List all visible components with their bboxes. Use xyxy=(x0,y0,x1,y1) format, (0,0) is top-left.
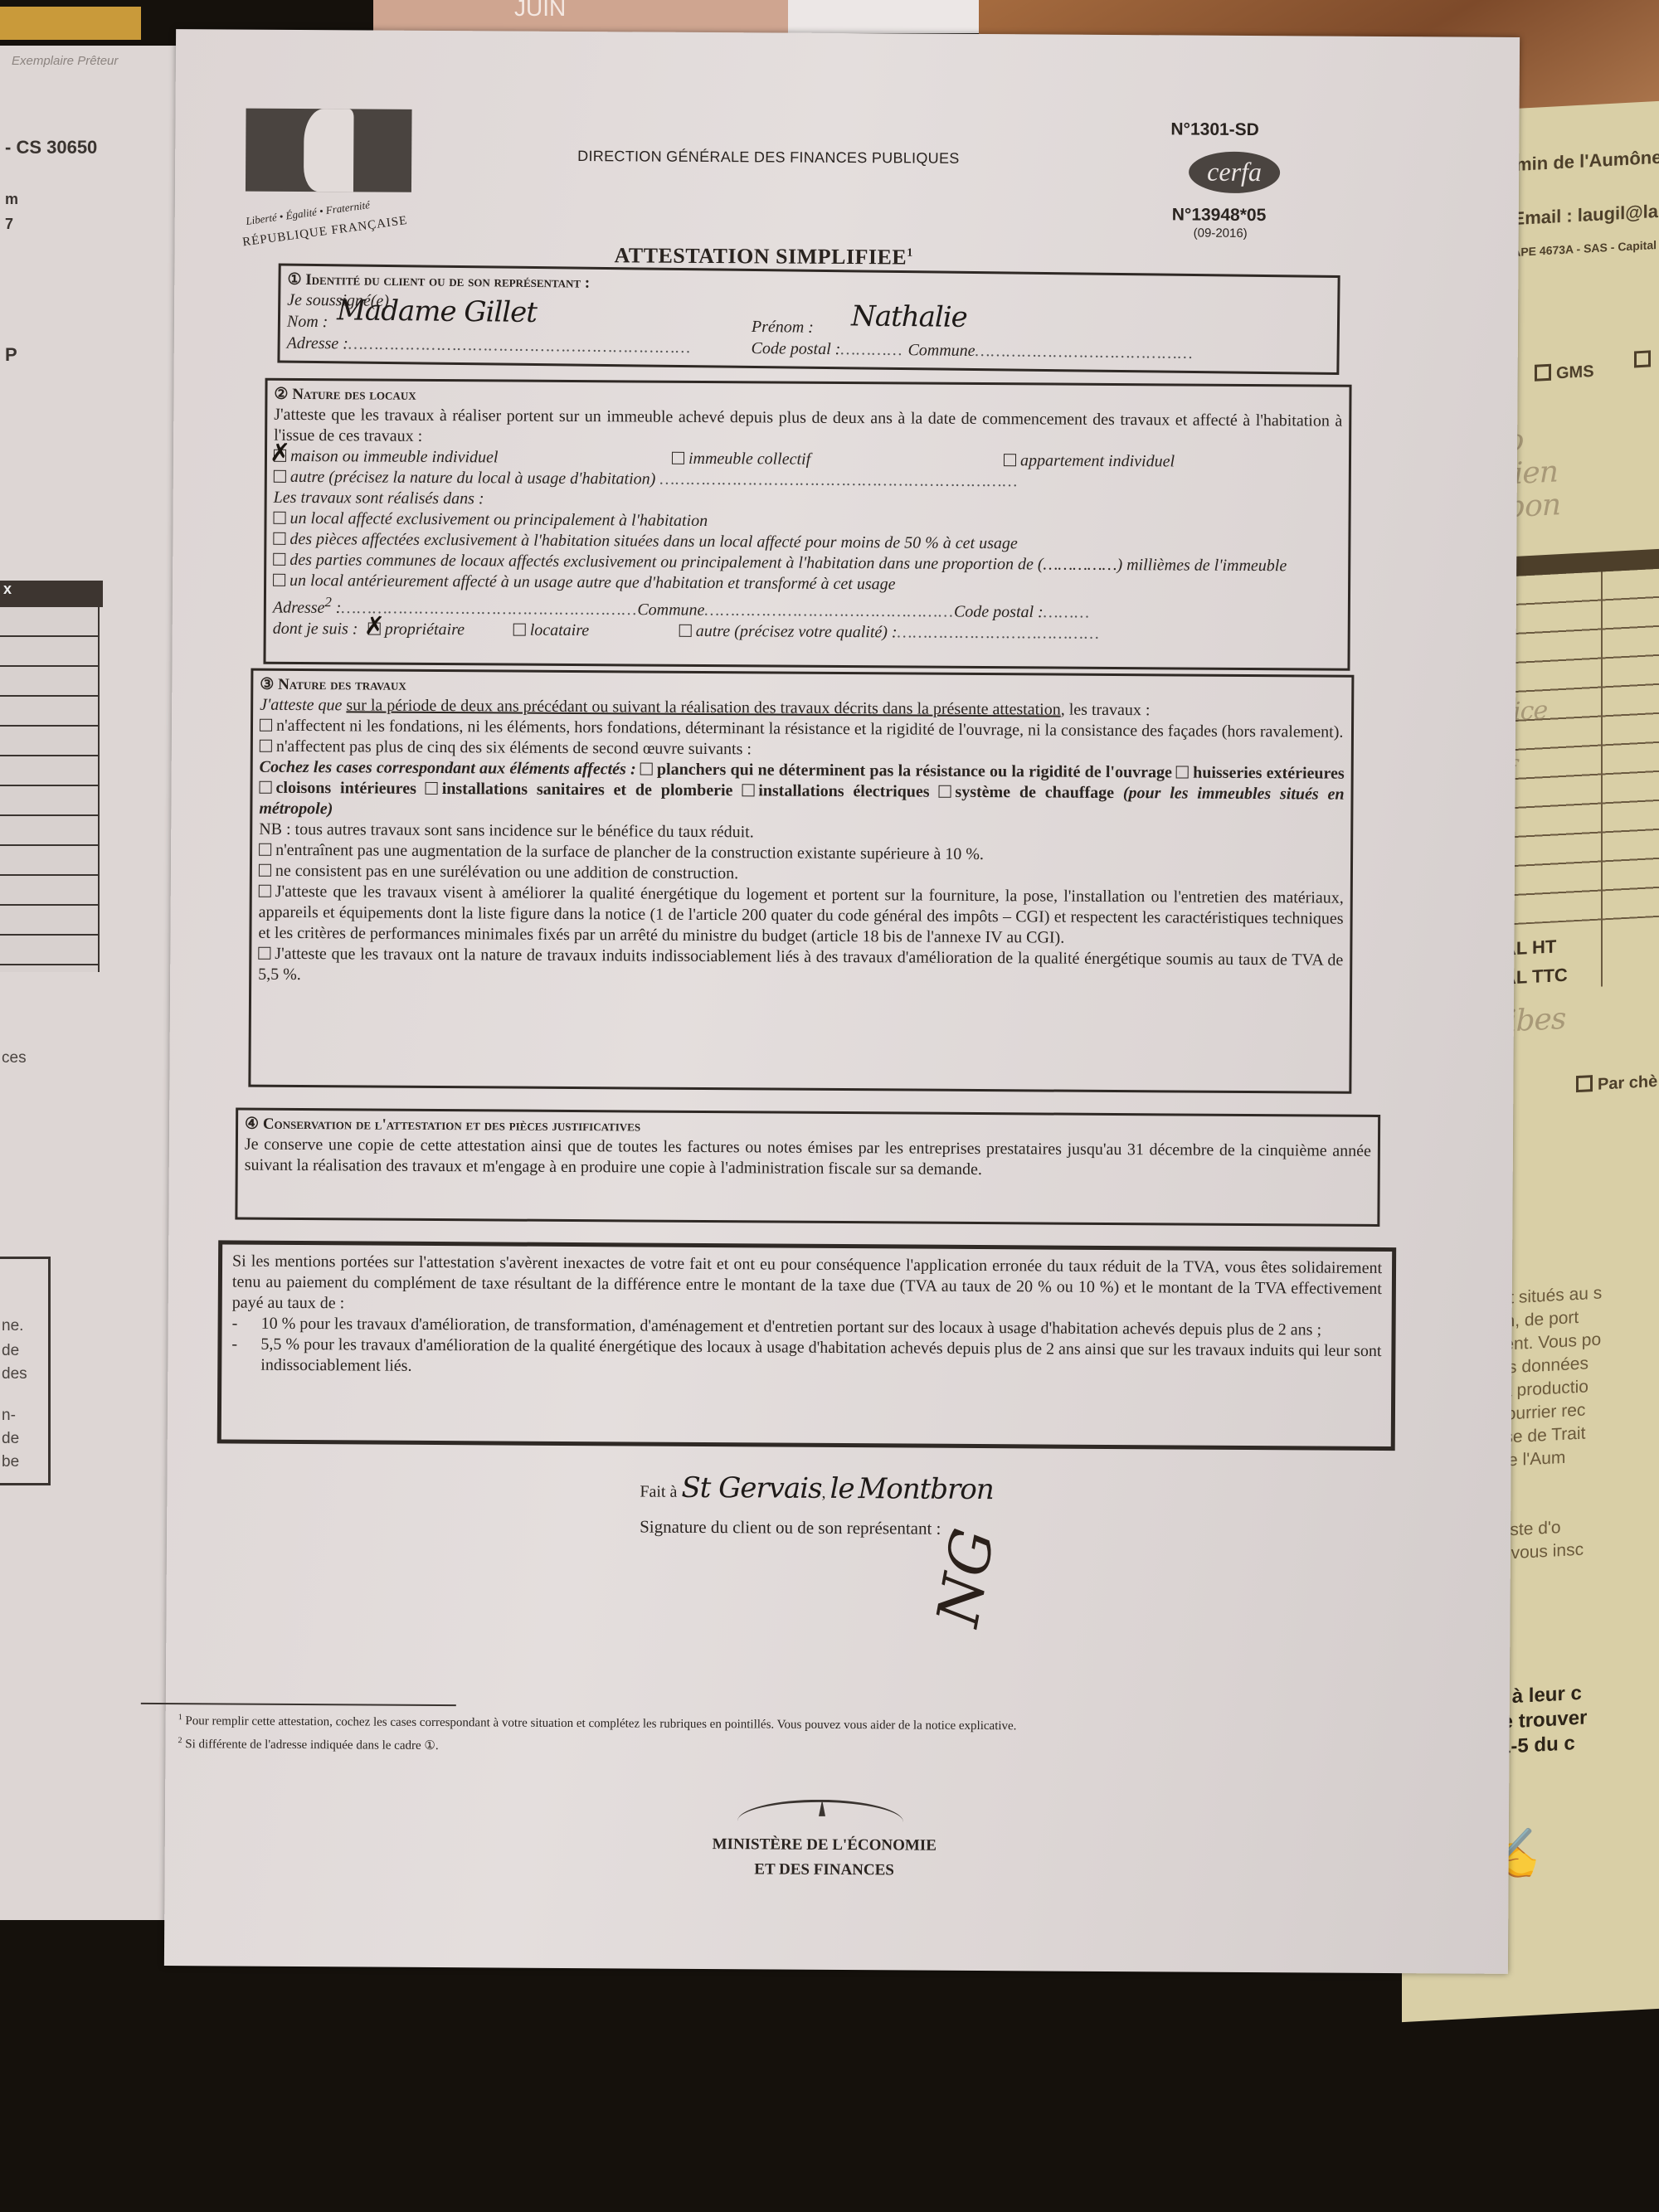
checkbox-planchers[interactable]: planchers qui ne déterminent pas la rési… xyxy=(640,761,1172,782)
checkbox-cloisons[interactable]: cloisons intérieures xyxy=(259,779,416,798)
footnote-1: 1 Pour remplir cette attestation, cochez… xyxy=(178,1713,1017,1733)
left-table-rows xyxy=(0,607,100,972)
checkbox-chauffage[interactable]: système de chauffage xyxy=(938,783,1114,802)
checkbox-sanitaires[interactable]: installations sanitaires et de plomberie xyxy=(426,780,733,800)
left-text: m xyxy=(5,191,18,208)
checkbox-appartement[interactable]: appartement individuel xyxy=(1004,450,1175,472)
background-yellow-tab xyxy=(0,7,141,40)
footnote-divider xyxy=(141,1703,456,1706)
prenom-field[interactable]: Nathalie xyxy=(851,299,967,334)
checkbox-payment-cheque[interactable]: Par chè xyxy=(1576,1072,1657,1096)
copy-label: Exemplaire Prêteur xyxy=(12,54,118,68)
checkbox-electriques[interactable]: installations électriques xyxy=(742,781,930,800)
cerfa-number: N°13948*05 xyxy=(1172,205,1267,226)
checkbox-other[interactable] xyxy=(1634,350,1656,371)
fait-a-field[interactable]: Fait à St Gervais, le Montbron xyxy=(640,1471,994,1507)
left-info-box: ne. de des n- de be xyxy=(0,1257,51,1485)
left-text: 7 xyxy=(5,216,13,233)
checkbox-huisseries[interactable]: huisseries extérieures xyxy=(1176,763,1345,782)
checkbox-locataire[interactable]: locataire xyxy=(513,620,590,641)
calendar-month: JUIN xyxy=(514,0,566,22)
cerfa-logo-icon: cerfa xyxy=(1189,152,1280,194)
section-nature-travaux: ③ Nature des travaux J'atteste que sur l… xyxy=(248,668,1354,1094)
client-signature[interactable]: NG xyxy=(923,1524,1008,1631)
checkbox-proprietaire[interactable]: propriétaire xyxy=(368,619,465,640)
signature-label: Signature du client ou de son représenta… xyxy=(640,1517,941,1539)
checkbox-gms[interactable]: GMS xyxy=(1535,362,1594,385)
checkbox-immeuble-collectif[interactable]: immeuble collectif xyxy=(672,449,810,470)
checkbox-travaux-induits[interactable]: J'atteste que les travaux ont la nature … xyxy=(258,944,1343,992)
form-number: N°1301-SD xyxy=(1170,119,1259,140)
nom-field[interactable]: Madame Gillet xyxy=(337,294,537,329)
checkbox-autre-qualite[interactable]: autre (précisez votre qualité) :……………………… xyxy=(679,620,1100,644)
marianne-icon xyxy=(246,109,412,192)
attestation-form: Liberté • Égalité • Fraternité RÉPUBLIQU… xyxy=(164,29,1520,1974)
code-postal-field[interactable]: Code postal :………… Commune…………………………………… xyxy=(751,338,1193,364)
agency-name: DIRECTION GÉNÉRALE DES FINANCES PUBLIQUE… xyxy=(577,148,960,168)
section-nature-locaux: ② Nature des locaux J'atteste que les tr… xyxy=(263,378,1351,671)
left-table-header: x xyxy=(0,581,103,607)
invoice-column-divider xyxy=(1601,571,1603,986)
ministry-name: MINISTÈRE DE L'ÉCONOMIE ET DES FINANCES xyxy=(692,1832,957,1884)
checkbox-qualite-energetique[interactable]: J'atteste que les travaux visent à améli… xyxy=(258,882,1343,950)
republique-francaise-logo: Liberté • Égalité • Fraternité RÉPUBLIQU… xyxy=(246,109,412,201)
ministry-tick-icon xyxy=(819,1800,825,1816)
left-loan-document: Exemplaire Prêteur - CS 30650 m 7 P x ce… xyxy=(0,46,180,1920)
left-text: - CS 30650 xyxy=(5,137,97,158)
left-text: P xyxy=(5,344,17,366)
left-text: ces xyxy=(2,1049,27,1067)
background-calendar: JUIN xyxy=(373,0,788,33)
checkbox-maison[interactable]: maison ou immeuble individuel xyxy=(274,446,499,469)
section-client-identity: ① Identité du client ou de son représent… xyxy=(277,263,1340,375)
warning-box: Si les mentions portées sur l'attestatio… xyxy=(217,1240,1396,1451)
cerfa-date: (09-2016) xyxy=(1194,226,1248,241)
footnote-2: 2 Si différente de l'adresse indiquée da… xyxy=(178,1736,438,1753)
section-conservation: ④ Conservation de l'attestation et des p… xyxy=(235,1108,1380,1227)
background-paper-strip xyxy=(788,0,979,33)
page-title: ATTESTATION SIMPLIFIEE1 xyxy=(614,243,912,270)
